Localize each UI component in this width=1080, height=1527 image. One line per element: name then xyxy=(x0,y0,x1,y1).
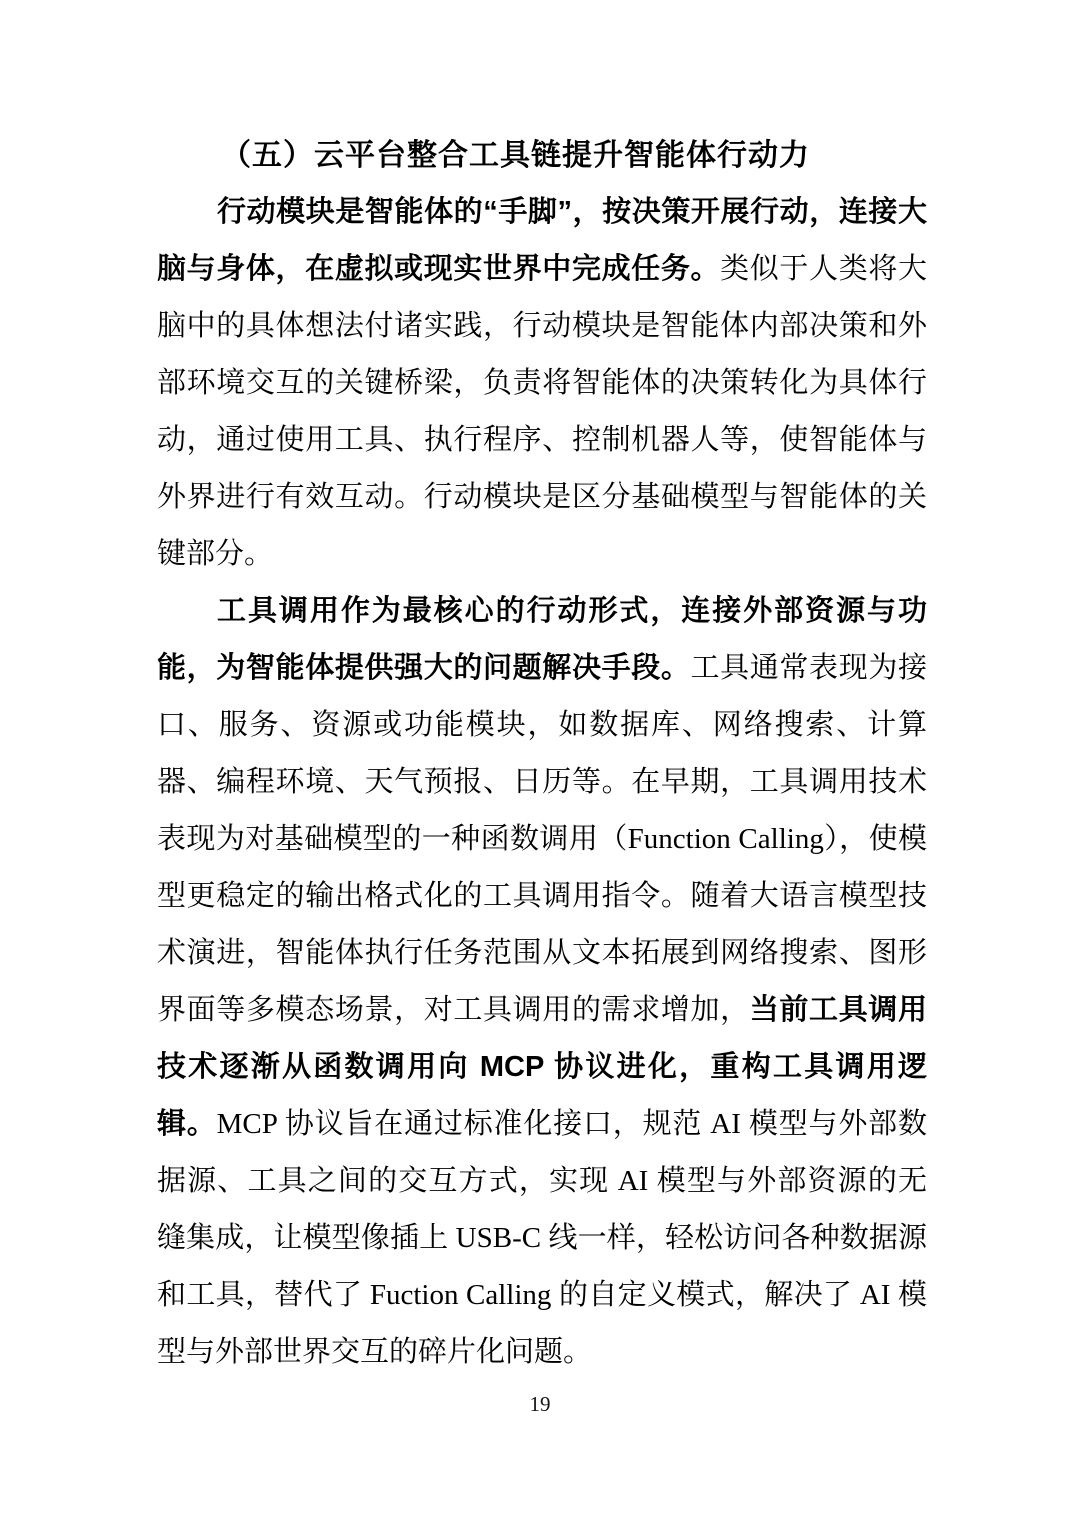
paragraph-2: 工具调用作为最核心的行动形式，连接外部资源与功能，为智能体提供强大的问题解决手段… xyxy=(157,583,927,1381)
page-content: （五）云平台整合工具链提升智能体行动力 行动模块是智能体的“手脚”，按决策开展行… xyxy=(157,127,927,1381)
text-run: 工具通常表现为接口、服务、资源或功能模块，如数据库、网络搜索、计算器、编程环境、… xyxy=(157,652,927,1026)
section-heading: （五）云平台整合工具链提升智能体行动力 xyxy=(157,127,927,184)
text-run: 类似于人类将大脑中的具体想法付诸实践，行动模块是智能体内部决策和外部环境交互的关… xyxy=(157,253,927,570)
document-page: （五）云平台整合工具链提升智能体行动力 行动模块是智能体的“手脚”，按决策开展行… xyxy=(0,0,1080,1527)
paragraph-1: 行动模块是智能体的“手脚”，按决策开展行动，连接大脑与身体，在虚拟或现实世界中完… xyxy=(157,184,927,583)
page-number: 19 xyxy=(0,1392,1080,1417)
text-run: MCP 协议旨在通过标准化接口，规范 AI 模型与外部数据源、工具之间的交互方式… xyxy=(157,1108,927,1368)
